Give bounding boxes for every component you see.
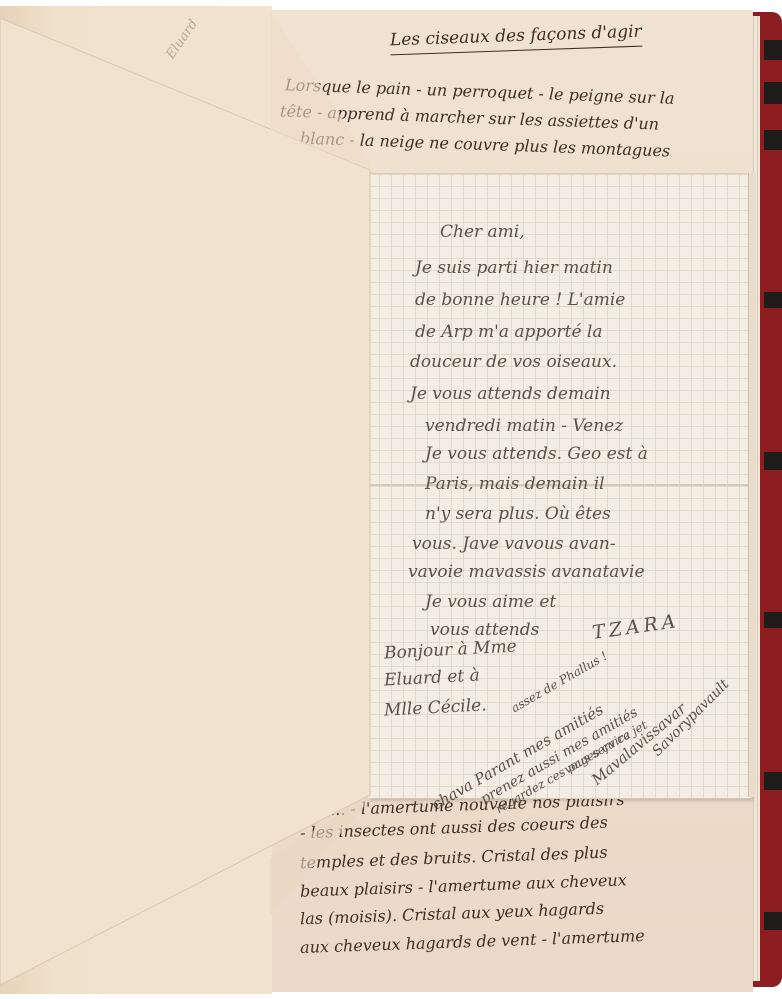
cover-band [764, 772, 782, 790]
letter-line: douceur de vos oiseaux. [410, 352, 617, 372]
letter-line: vendredi matin - Venez [425, 416, 623, 436]
cover-band [764, 130, 782, 150]
letter-line: vous. Jave vavous avan- [412, 534, 616, 554]
letter-line: de bonne heure ! L'amie [415, 290, 625, 310]
letter-line: de Arp m'a apporté la [415, 322, 603, 342]
letter-line: vous attends [430, 620, 539, 640]
letter-line: Je vous attends demain [410, 384, 611, 404]
cover-band [764, 612, 782, 628]
letter-line: n'y sera plus. Où êtes [425, 504, 611, 524]
letter-salutation: Cher ami, [440, 222, 525, 242]
cover-band [764, 292, 782, 308]
letter-edge [748, 173, 755, 797]
letter-line: Je suis parti hier matin [415, 258, 613, 278]
letter-line: Je vous attends. Geo est à [425, 444, 648, 464]
letter-line: Je vous aime et [425, 592, 556, 612]
letter-line: vavoie mavassis avanatavie [408, 562, 645, 582]
left-page [0, 6, 272, 994]
cover-band [764, 40, 782, 60]
cover-band [764, 912, 782, 930]
letter-line: Paris, mais demain il [425, 474, 605, 494]
cover-band [764, 82, 782, 104]
cover-band [764, 452, 782, 470]
